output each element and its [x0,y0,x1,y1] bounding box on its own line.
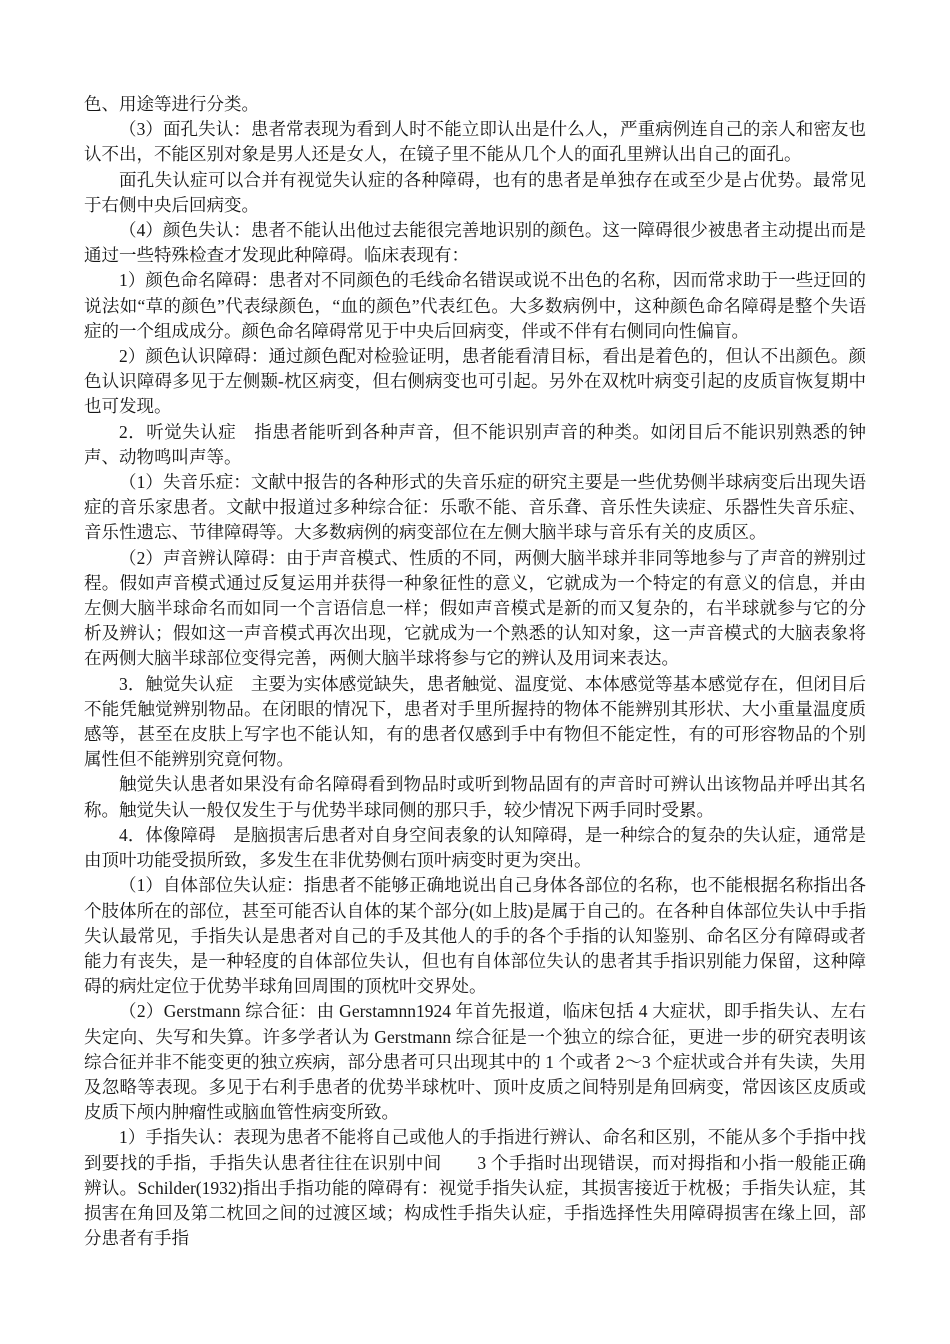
para-tactile-agnosia-note: 触觉失认患者如果没有命名障碍看到物品时或听到物品固有的声音时可辨认出该物品并呼出… [84,772,866,822]
para-face-agnosia-definition: （3）面孔失认：患者常表现为看到人时不能立即认出是什么人，严重病例连自己的亲人和… [84,117,866,167]
para-color-naming-disorder: 1）颜色命名障碍：患者对不同颜色的毛线命名错误或说不出色的名称，因而常求助于一些… [84,268,866,344]
para-body-image-disorder: 4．体像障碍 是脑损害后患者对自身空间表象的认知障碍，是一种综合的复杂的失认症，… [84,823,866,873]
para-color-agnosia-definition: （4）颜色失认：患者不能认出他过去能很完善地识别的颜色。这一障碍很少被患者主动提… [84,218,866,268]
para-face-agnosia-lesion: 面孔失认症可以合并有视觉失认症的各种障碍，也有的患者是单独存在或至少是占优势。最… [84,168,866,218]
para-sound-discrimination-disorder: （2）声音辨认障碍：由于声音模式、性质的不同，两侧大脑半球并非同等地参与了声音的… [84,546,866,672]
para-finger-agnosia: 1）手指失认：表现为患者不能将自己或他人的手指进行辨认、命名和区别，不能从多个手… [84,1125,866,1251]
para-gerstmann-syndrome: （2）Gerstmann 综合征：由 Gerstamnn1924 年首先报道，临… [84,999,866,1125]
para-auditory-agnosia: 2．听觉失认症 指患者能听到各种声音，但不能识别声音的种类。如闭目后不能识别熟悉… [84,420,866,470]
document-page: 色、用途等进行分类。 （3）面孔失认：患者常表现为看到人时不能立即认出是什么人，… [84,92,866,1251]
para-autotopagnosia: （1）自体部位失认症：指患者不能够正确地说出自己身体各部位的名称，也不能根据名称… [84,873,866,999]
para-color-recognition-disorder: 2）颜色认识障碍：通过颜色配对检验证明，患者能看清目标，看出是着色的，但认不出颜… [84,344,866,420]
para-amusia: （1）失音乐症：文献中报告的各种形式的失音乐症的研究主要是一些优势侧半球病变后出… [84,470,866,546]
text-continuation-line: 色、用途等进行分类。 [84,92,866,117]
para-tactile-agnosia: 3．触觉失认症 主要为实体感觉缺失，患者触觉、温度觉、本体感觉等基本感觉存在，但… [84,672,866,773]
